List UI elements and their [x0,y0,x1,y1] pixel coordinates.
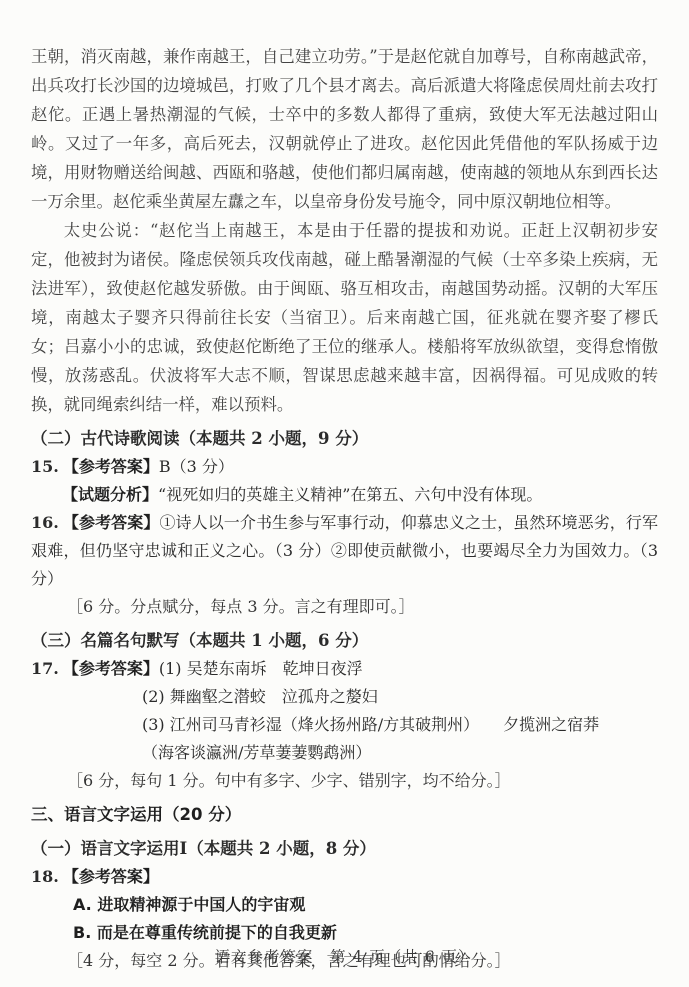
section-heading-poetry-reading: （二）古代诗歌阅读（本题共 2 小题，9 分） [31,425,658,453]
q15-number: 15. [31,457,59,476]
section-heading-dictation: （三）名篇名句默写（本题共 1 小题，6 分） [31,627,658,655]
q18-blank-b-answer: B. 而是在尊重传统前提下的自我更新 [73,919,658,947]
q15-answer-text: B（3 分） [159,457,234,476]
q18-answer-line: 18.【参考答案】 [31,863,658,891]
q16-number: 16. [31,513,59,532]
q17-item-3-alternates: （海客谈瀛洲/芳草萋萋鹦鹉洲） [142,739,658,767]
q16-ref-answer-label: 【参考答案】 [63,513,160,532]
q17-item-2: (2) 舞幽壑之潜蛟 泣孤舟之嫠妇 [142,683,658,711]
section-heading-language-use: 三、语言文字运用（20 分） [31,801,658,829]
translation-paragraph-2: 太史公说：“赵佗当上南越王，本是由于任嚣的提拔和劝说。正赶上汉朝初步安定，他被封… [31,216,658,419]
page-footer: 语文参考答案 第 4 页（共 6 页） [0,945,689,967]
q16-scoring-note: ［6 分。分点赋分，每点 3 分。言之有理即可。］ [67,593,658,621]
q15-analysis-label: 【试题分析】 [62,485,158,504]
q15-answer-line: 15.【参考答案】B（3 分） [31,453,658,481]
q17-answer-line-1: 17.【参考答案】(1) 吴楚东南坼 乾坤日夜浮 [31,655,658,683]
subsection-heading-language-use-1: （一）语言文字运用Ⅰ（本题共 2 小题，8 分） [31,835,658,863]
q17-ref-answer-label: 【参考答案】 [63,659,159,678]
q15-analysis-text: “视死如归的英雄主义精神”在第五、六句中没有体现。 [158,485,542,504]
q15-ref-answer-label: 【参考答案】 [63,457,159,476]
q17-number: 17. [31,659,59,678]
translation-paragraph-1: 王朝，消灭南越，兼作南越王，自己建立功劳。”于是赵佗就自加尊号，自称南越武帝，出… [31,42,658,216]
q17-scoring-note: ［6 分，每句 1 分。句中有多字、少字、错别字，均不给分。］ [67,767,658,795]
q17-item-1: (1) 吴楚东南坼 乾坤日夜浮 [159,659,363,678]
q15-analysis-line: 【试题分析】“视死如归的英雄主义精神”在第五、六句中没有体现。 [62,481,658,509]
q16-answer-paragraph: 16.【参考答案】①诗人以一介书生参与军事行动，仰慕忠义之士，虽然环境恶劣，行军… [31,509,658,593]
q17-item-3: (3) 江州司马青衫湿（烽火扬州路/方其破荆州） 夕揽洲之宿莽 [142,711,658,739]
q18-number: 18. [31,867,59,886]
q18-ref-answer-label: 【参考答案】 [63,867,159,886]
q18-blank-a-answer: A. 进取精神源于中国人的宇宙观 [73,891,658,919]
exam-answer-key-page: 王朝，消灭南越，兼作南越王，自己建立功劳。”于是赵佗就自加尊号，自称南越武帝，出… [0,0,689,987]
